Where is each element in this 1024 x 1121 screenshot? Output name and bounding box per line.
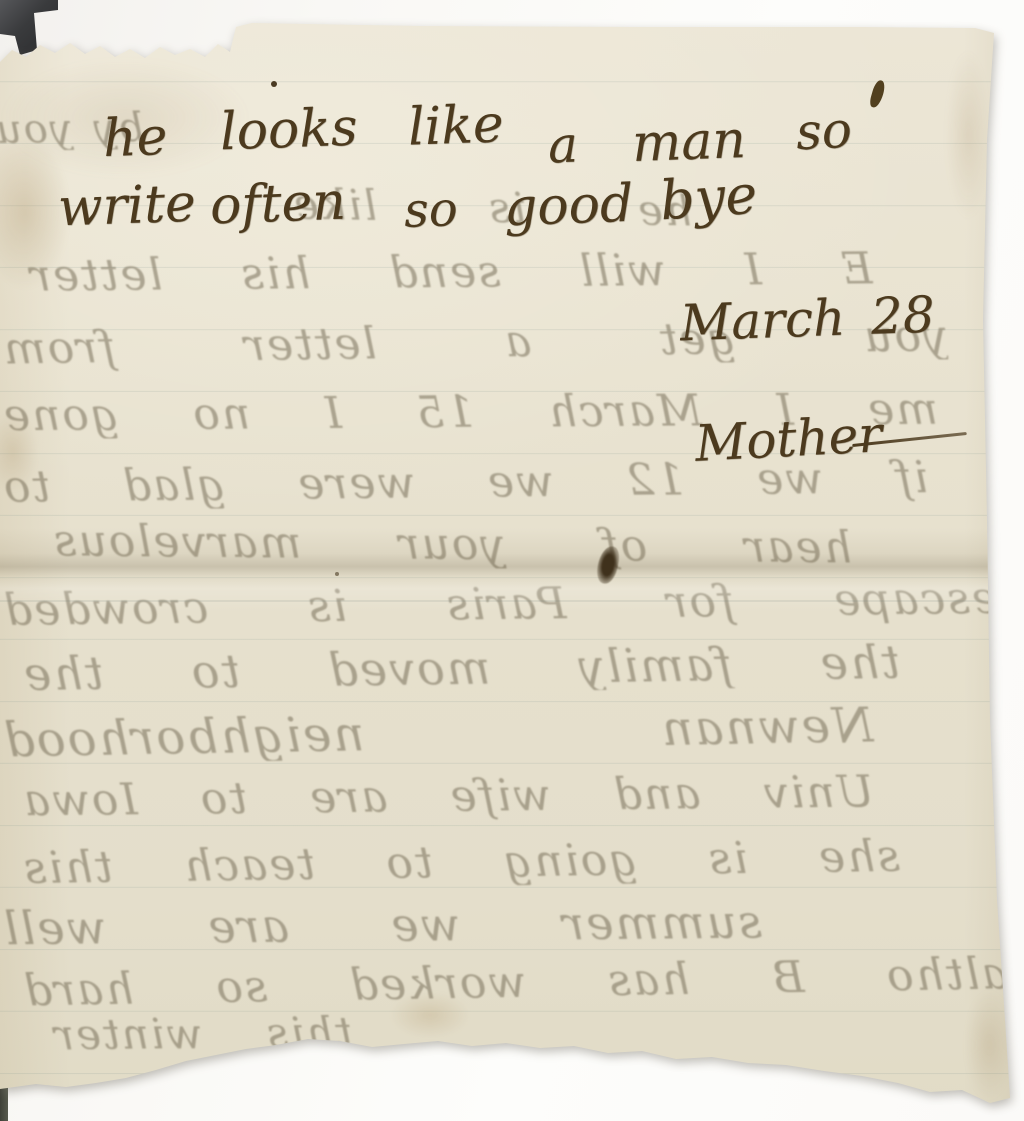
stain xyxy=(965,990,1013,1100)
fold-crease-secondary xyxy=(0,600,1024,602)
ink-word: often xyxy=(209,172,347,237)
ink-word: he xyxy=(102,107,168,169)
bleedthrough-line: this winter xyxy=(52,1011,352,1058)
letter-date: March 28 xyxy=(679,286,936,353)
ink-speck xyxy=(271,81,277,87)
paper-shadow-wrap: by you he is like E I will send his lett… xyxy=(0,0,1024,1121)
ink-word: so xyxy=(403,181,458,239)
ink-word: good xyxy=(503,174,634,238)
letter-signature: Mother xyxy=(694,405,884,473)
ink-word: like xyxy=(407,94,505,157)
ink-word: bye xyxy=(658,163,759,233)
bleedthrough-line: Univ and wife are to Iowa xyxy=(22,770,874,825)
ink-word: a xyxy=(547,115,579,174)
bleedthrough-line: summer we are well xyxy=(2,898,762,953)
ink-word: looks xyxy=(219,98,358,163)
ink-word: so xyxy=(795,101,854,162)
stain xyxy=(946,50,990,220)
letter-paper: by you he is like E I will send his lett… xyxy=(0,0,1024,1121)
ink-word: write xyxy=(57,174,197,239)
ink-speck xyxy=(335,572,339,576)
scanned-letter-page: by you he is like E I will send his lett… xyxy=(0,0,1024,1121)
